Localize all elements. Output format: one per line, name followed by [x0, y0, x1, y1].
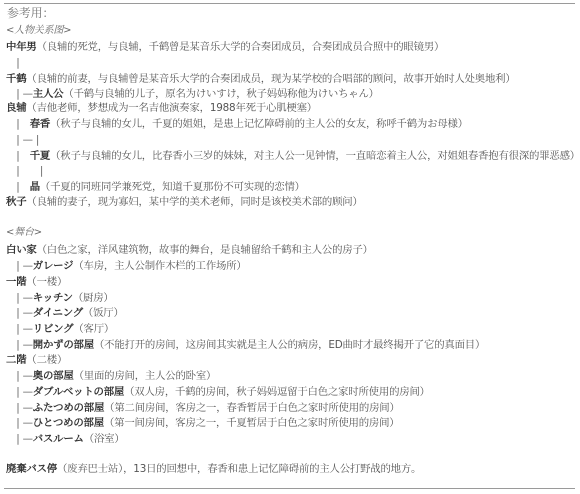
character-name: 中年男 [6, 41, 37, 53]
location-row: 二階（二楼） [6, 353, 67, 367]
character-row: 中年男（良辅的死党，与良辅，千鹤曾是某音乐大学的合奏团成员，合奏团成员合照中的眼… [6, 40, 444, 54]
character-desc: （良辅的前妻，与良辅曾是某音乐大学的合奏团成员，现为某学校的合唱部的顾问，故事开… [26, 73, 515, 85]
top-divider [4, 3, 575, 4]
location-desc: （车房，主人公制作木栏的工作场所） [73, 260, 246, 272]
location-row: | —ひとつめの部屋（第一间房间，客房之一，千夏暂居于白色之家时所使用的房间） [6, 416, 399, 430]
character-row: | 晶（千夏的同班同学兼死党，知道千夏那份不可实现的恋情） [6, 180, 305, 194]
location-name: ひとつめの部屋 [33, 417, 104, 429]
location-desc: （浴室） [84, 433, 125, 445]
section-label-stage: <舞台> [6, 226, 42, 240]
character-name: 晶 [30, 181, 40, 193]
location-desc: （一楼） [26, 276, 67, 288]
location-row: | —ガレージ（车房，主人公制作木栏的工作场所） [6, 259, 247, 273]
location-row: | —キッチン（厨房） [6, 291, 114, 305]
location-desc: （客厅） [73, 323, 114, 335]
location-desc: （饭厅） [83, 307, 124, 319]
page-title: 参考用： [7, 6, 54, 20]
character-name: 春香 [30, 118, 50, 130]
location-desc: （双人房，千鹤的房间，秋子妈妈逗留于白色之家时所使用的房间） [124, 386, 430, 398]
location-row: 一階（一楼） [6, 275, 67, 289]
character-name: 主人公 [33, 88, 64, 100]
location-row: | —バスルーム（浴室） [6, 432, 125, 446]
character-desc: （千夏的同班同学兼死党，知道千夏那份不可实现的恋情） [40, 181, 305, 193]
location-name: 二階 [6, 354, 26, 366]
character-row: | —主人公（千鹤与良辅的儿子，原名为けいすけ，秋子妈妈称他为けいちゃん） [6, 87, 379, 101]
character-name: 良辅 [6, 102, 26, 114]
character-row: | 春香（秋子与良辅的女儿，千夏的姐姐，是患上记忆障碍前的主人公的女友，称呼千鹤… [6, 117, 468, 131]
character-desc: （吉他老师，梦想成为一名吉他演奏家，1988年死于心肌梗塞） [26, 102, 317, 114]
location-name: ダイニング [33, 307, 83, 319]
location-desc: （白色之家，洋风建筑物，故事的舞台，是良辅留给千鹤和主人公的房子） [37, 244, 373, 256]
location-desc: （不能打开的房间，这房间其实就是主人公的病房，ED曲时才最终揭开了它的真面目） [94, 339, 485, 351]
location-desc: （第二间房间，客房之一，春香暂居于白色之家时所使用的房间） [104, 402, 400, 414]
location-row: 白い家（白色之家，洋风建筑物，故事的舞台，是良辅留给千鹤和主人公的房子） [6, 243, 373, 257]
location-desc: （废弃巴士站），13日的回想中，春香和患上记忆障碍前的主人公打野战的地方。 [57, 463, 421, 475]
character-row: 千鹤（良辅的前妻，与良辅曾是某音乐大学的合奏团成员，现为某学校的合唱部的顾问，故… [6, 72, 516, 86]
location-name: 奥の部屋 [33, 370, 74, 382]
location-row: | —ダブルベットの部屋（双人房，千鹤的房间，秋子妈妈逗留于白色之家时所使用的房… [6, 385, 430, 399]
location-row: | —ダイニング（饭厅） [6, 306, 124, 320]
tree-connector: | [6, 56, 20, 70]
character-desc: （良辅的死党，与良辅，千鹤曾是某音乐大学的合奏团成员，合奏团成员合照中的眼镜男） [37, 41, 445, 53]
bus-stop-note: 廃棄バス停（废弃巴士站），13日的回想中，春香和患上记忆障碍前的主人公打野战的地… [6, 462, 421, 476]
location-desc: （第一间房间，客房之一，千夏暂居于白色之家时所使用的房间） [104, 417, 400, 429]
tree-connector: | — | [6, 133, 39, 147]
character-name: 秋子 [6, 196, 26, 208]
character-row: | 千夏（秋子与良辅的女儿，比春香小三岁的妹妹，对主人公一见钟情，一直暗恋着主人… [6, 149, 580, 163]
character-name: 千鹤 [6, 73, 26, 85]
location-name: キッチン [33, 292, 73, 304]
location-desc: （里面的房间，主人公的卧室） [74, 370, 217, 382]
character-name: 千夏 [30, 150, 50, 162]
bottom-divider [4, 488, 575, 489]
location-row: | —リビング（客厅） [6, 322, 114, 336]
location-row: | —ふたつめの部屋（第二间房间，客房之一，春香暂居于白色之家时所使用的房间） [6, 401, 400, 415]
character-desc: （千鹤与良辅的儿子，原名为けいすけ，秋子妈妈称他为けいちゃん） [63, 88, 379, 100]
location-name: 廃棄バス停 [6, 463, 57, 475]
location-desc: （二楼） [26, 354, 67, 366]
character-row: 良辅（吉他老师，梦想成为一名吉他演奏家，1988年死于心肌梗塞） [6, 101, 317, 115]
location-name: ダブルベットの部屋 [33, 386, 124, 398]
location-name: ガレージ [33, 260, 74, 272]
location-name: ふたつめの部屋 [33, 402, 104, 414]
character-row: 秋子（良辅的妻子，现为寡妇，某中学的美术老师，同时是该校美术部的顾问） [6, 195, 363, 209]
location-desc: （厨房） [73, 292, 114, 304]
character-desc: （秋子与良辅的女儿，比春香小三岁的妹妹，对主人公一见钟情，一直暗恋着主人公，对姐… [50, 150, 580, 162]
location-name: 一階 [6, 276, 26, 288]
location-row: | —奥の部屋（里面的房间，主人公的卧室） [6, 369, 216, 383]
location-name: 開かずの部屋 [33, 339, 94, 351]
character-desc: （秋子与良辅的女儿，千夏的姐姐，是患上记忆障碍前的主人公的女友，称呼千鹤为お母様… [50, 118, 468, 130]
location-name: 白い家 [6, 244, 37, 256]
location-name: バスルーム [33, 433, 84, 445]
character-desc: （良辅的妻子，现为寡妇，某中学的美术老师，同时是该校美术部的顾问） [26, 196, 362, 208]
location-row: | —開かずの部屋（不能打开的房间，这房间其实就是主人公的病房，ED曲时才最终揭… [6, 338, 485, 352]
section-label-characters: <人物关系图> [6, 24, 71, 38]
tree-connector: | | [6, 164, 43, 178]
location-name: リビング [33, 323, 74, 335]
